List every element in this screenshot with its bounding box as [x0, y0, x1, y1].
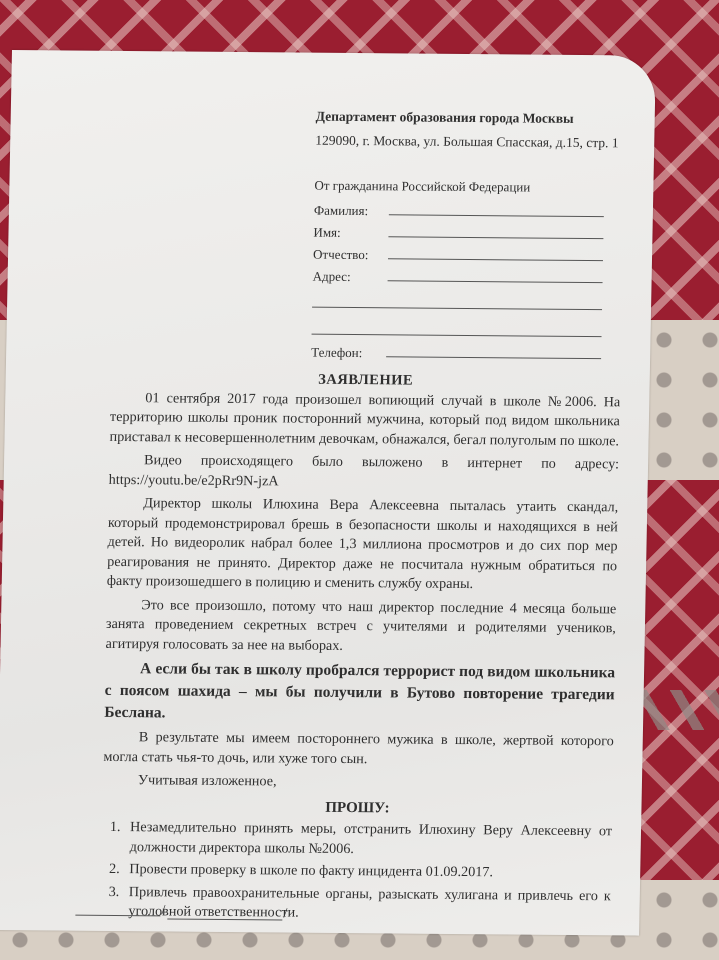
signature-separator: / [283, 906, 287, 922]
department-address: 129090, г. Москва, ул. Большая Спасская,… [315, 129, 619, 156]
signature-line[interactable] [75, 915, 160, 917]
phone-line[interactable] [386, 356, 601, 359]
address-line-3[interactable] [312, 312, 602, 338]
surname-label: Фамилия: [314, 203, 389, 220]
signature-name-line[interactable] [167, 918, 282, 920]
addressee-block: Департамент образования города Москвы 12… [315, 105, 619, 156]
address-line-2[interactable] [312, 285, 602, 311]
paragraph-result: В результате мы имеем постороннего мужик… [103, 728, 614, 771]
sender-heading: От гражданина Российской Федерации [314, 175, 604, 200]
paragraph-director: Директор школы Илюхина Вера Алексеевна п… [107, 494, 619, 596]
address-line[interactable] [388, 280, 603, 283]
signature-block: / / [75, 903, 376, 936]
document-sheet: Департамент образования города Москвы 12… [0, 50, 656, 936]
name-line[interactable] [388, 236, 603, 239]
request-heading: ПРОШУ: [102, 796, 612, 820]
phone-field[interactable]: Телефон: [311, 339, 601, 364]
name-label: Имя: [313, 225, 388, 242]
statement-body: ЗАЯВЛЕНИЕ 01 сентября 2017 года произоше… [100, 369, 621, 929]
address-label: Адрес: [313, 269, 388, 286]
paragraph-incident: 01 сентября 2017 года произошел вопиющий… [109, 388, 620, 451]
name-field[interactable]: Имя: [313, 219, 603, 244]
patronymic-field[interactable]: Отчество: [313, 241, 603, 266]
department-name: Департамент образования города Москвы [316, 105, 620, 132]
paragraph-considering: Учитывая изложенное, [103, 771, 613, 795]
surname-line[interactable] [389, 214, 604, 217]
paragraph-video: Видео происходящего было выложено в инте… [109, 451, 620, 494]
address-field[interactable]: Адрес: [313, 263, 603, 288]
surname-field[interactable]: Фамилия: [314, 197, 604, 222]
signature-separator: / [161, 903, 165, 919]
request-item: Провести проверку в школе по факту инцид… [123, 860, 611, 884]
patronymic-label: Отчество: [313, 247, 388, 264]
sender-block: От гражданина Российской Федерации Фамил… [311, 175, 605, 364]
paragraph-terrorist: А если бы так в школу пробрался террорис… [104, 658, 615, 728]
patronymic-line[interactable] [388, 258, 603, 261]
paragraph-meetings: Это все произошло, потому что наш директ… [105, 595, 616, 658]
phone-label: Телефон: [311, 345, 386, 362]
request-item: Незамедлительно принять меры, отстранить… [124, 818, 613, 861]
